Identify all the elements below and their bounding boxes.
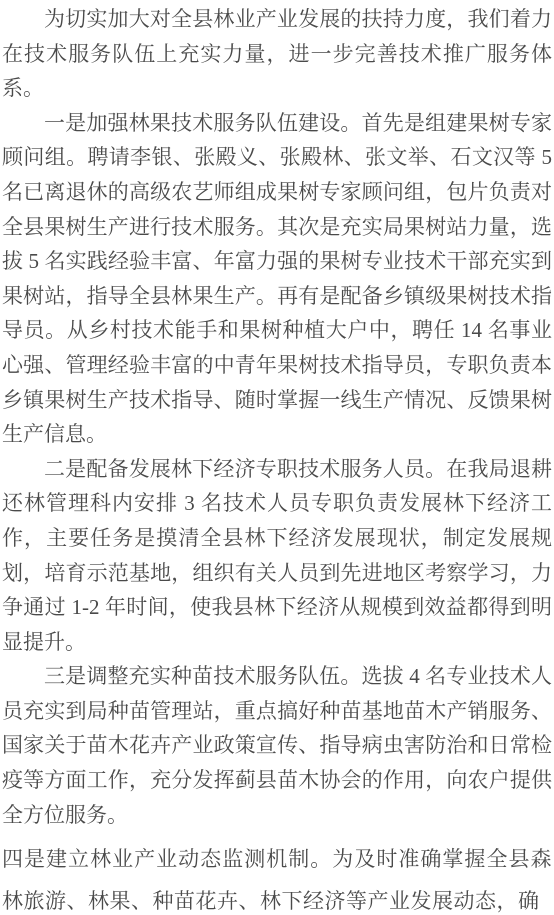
paragraph-intro: 为切实加大对全县林业产业发展的扶持力度，我们着力在技术服务队伍上充实力量，进一步… — [2, 2, 552, 106]
paragraph-point-1: 一是加强林果技术服务队伍建设。首先是组建果树专家顾问组。聘请李银、张殿义、张殿林… — [2, 106, 552, 452]
paragraph-point-2: 二是配备发展林下经济专职技术服务人员。在我局退耕还林管理科内安排 3 名技术人员… — [2, 452, 552, 660]
document-page: 为切实加大对全县林业产业发展的扶持力度，我们着力在技术服务队伍上充实力量，进一步… — [0, 0, 554, 915]
paragraph-point-4: 四是建立林业产业动态监测机制。为及时准确掌握全县森林旅游、林果、种苗花卉、林下经… — [2, 838, 552, 915]
paragraph-point-3: 三是调整充实种苗技术服务队伍。选拔 4 名专业技术人员充实到局种苗管理站，重点搞… — [2, 659, 552, 832]
